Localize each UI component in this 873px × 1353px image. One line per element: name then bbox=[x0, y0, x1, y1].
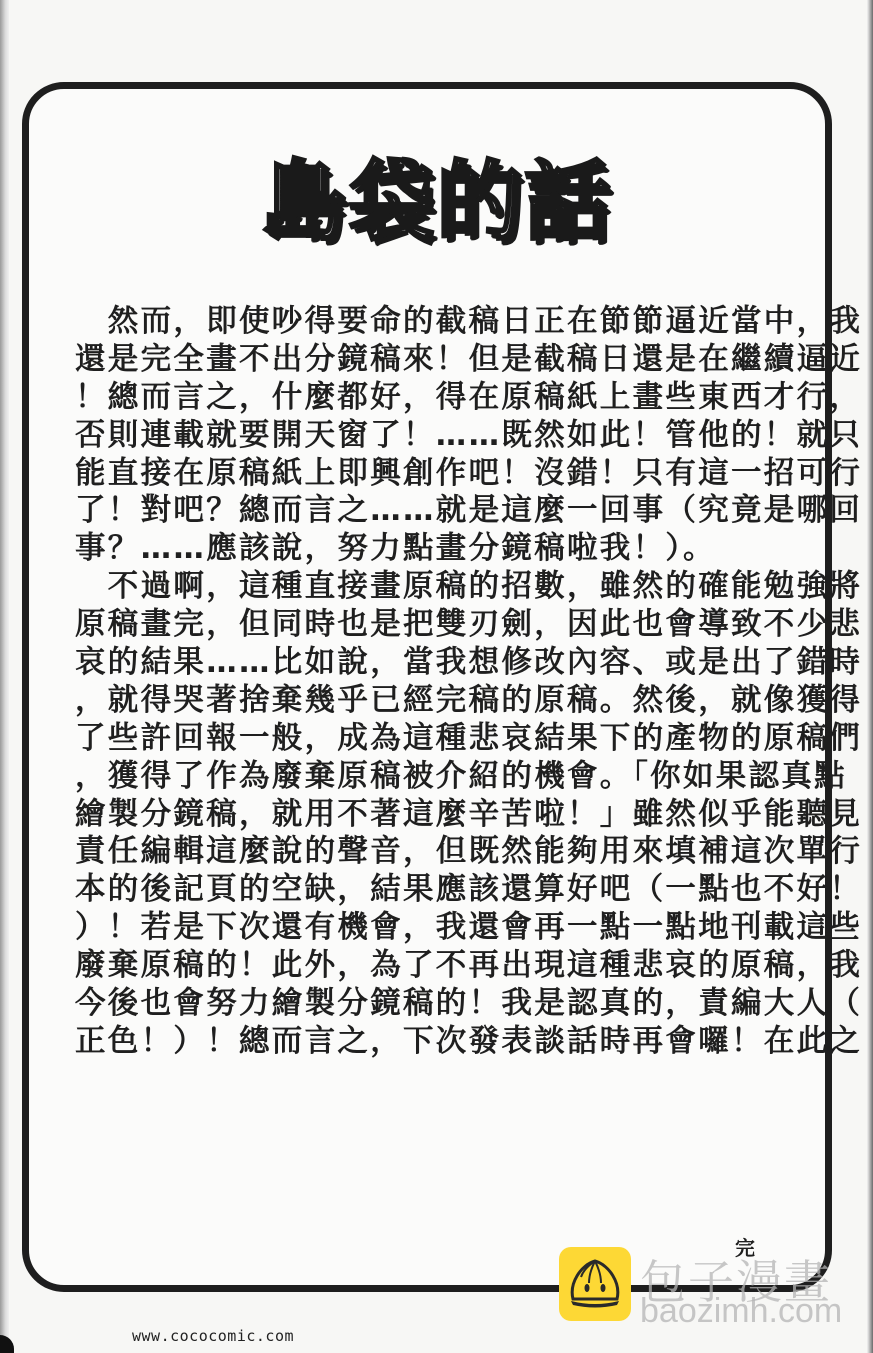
page-title: 島袋的話 bbox=[0, 132, 873, 256]
text-line: 廢棄原稿的！此外，為了不再出現這種悲哀的原稿，我 bbox=[75, 947, 775, 985]
afterword-body: 然而，即使吵得要命的截稿日正在節節逼近當中，我 還是完全畫不出分鏡稿來！但是截稿… bbox=[75, 303, 775, 1061]
site-url: www.cococomic.com bbox=[132, 1327, 294, 1345]
paragraph-2: 不過啊，這種直接畫原稿的招數，雖然的確能勉強將 原稿畫完，但同時也是把雙刃劍，因… bbox=[75, 568, 775, 1061]
text-line: 正色！）！總而言之，下次發表談話時再會囉！在此之 bbox=[75, 1023, 775, 1061]
text-line: 然而，即使吵得要命的截稿日正在節節逼近當中，我 bbox=[75, 303, 775, 341]
watermark-brand-en: baozimh.com bbox=[640, 1292, 842, 1331]
text-line: 本的後記頁的空缺，結果應該還算好吧（一點也不好！ bbox=[75, 871, 775, 909]
text-line: 原稿畫完，但同時也是把雙刃劍，因此也會導致不少悲 bbox=[75, 606, 775, 644]
page-corner-shadow bbox=[0, 1335, 14, 1353]
text-line: ）！若是下次還有機會，我還會再一點一點地刊載這些 bbox=[75, 909, 775, 947]
text-line: ，就得哭著捨棄幾乎已經完稿的原稿。然後，就像獲得 bbox=[75, 682, 775, 720]
text-line: 今後也會努力繪製分鏡稿的！我是認真的，責編大人（ bbox=[75, 985, 775, 1023]
text-line: 了些許回報一般，成為這種悲哀結果下的產物的原稿們 bbox=[75, 720, 775, 758]
text-line: 事？……應該說，努力點畫分鏡稿啦我！）。 bbox=[75, 530, 775, 568]
text-line: 否則連載就要開天窗了！……既然如此！管他的！就只 bbox=[75, 417, 775, 455]
text-line: 責任編輯這麼說的聲音，但既然能夠用來填補這次單行 bbox=[75, 833, 775, 871]
text-line: ，獲得了作為廢棄原稿被介紹的機會。「你如果認真點 bbox=[75, 758, 775, 796]
text-line: 了！對吧？總而言之……就是這麼一回事（究竟是哪回 bbox=[75, 492, 775, 530]
steamed-bun-mascot-icon bbox=[559, 1247, 631, 1321]
text-line: 繪製分鏡稿，就用不著這麼辛苦啦！」雖然似乎能聽見 bbox=[75, 796, 775, 834]
text-line: 哀的結果……比如說，當我想修改內容、或是出了錯時 bbox=[75, 644, 775, 682]
text-line: ！總而言之，什麼都好，得在原稿紙上畫些東西才行， bbox=[75, 379, 775, 417]
text-line: 能直接在原稿紙上即興創作吧！沒錯！只有這一招可行 bbox=[75, 455, 775, 493]
text-line: 還是完全畫不出分鏡稿來！但是截稿日還是在繼續逼近 bbox=[75, 341, 775, 379]
paragraph-1: 然而，即使吵得要命的截稿日正在節節逼近當中，我 還是完全畫不出分鏡稿來！但是截稿… bbox=[75, 303, 775, 568]
text-line: 不過啊，這種直接畫原稿的招數，雖然的確能勉強將 bbox=[75, 568, 775, 606]
